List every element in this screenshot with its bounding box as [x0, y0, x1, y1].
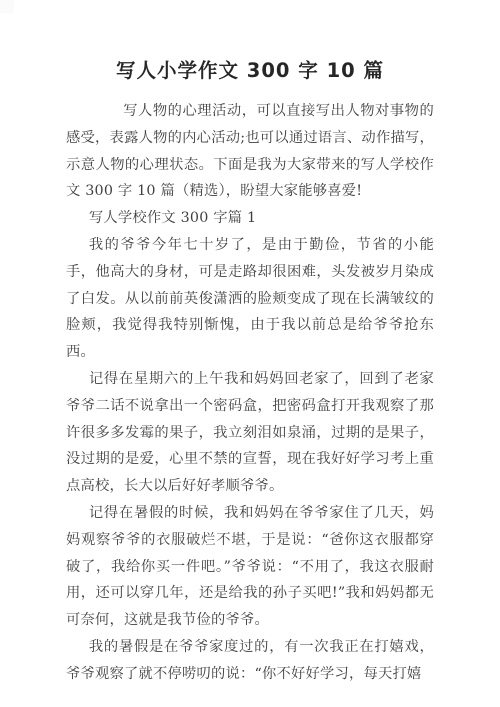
document-body: 写人物的心理活动，可以直接写出人物对事物的感受，表露人物的内心活动;也可以通过语… [0, 98, 500, 688]
paragraph: 写人物的心理活动，可以直接写出人物对事物的感受，表露人物的内心活动;也可以通过语… [66, 98, 434, 205]
paragraph: 我的爷爷今年七十岁了，是由于勤俭，节省的小能手，他高大的身材，可是走路却很困难，… [66, 232, 434, 366]
paragraph: 我的暑假是在爷爷家度过的，有一次我正在打嬉戏，爷爷观察了就不停唠叨的说：“你不好… [66, 634, 434, 688]
document-page: 写人小学作文 300 字 10 篇 写人物的心理活动，可以直接写出人物对事物的感… [0, 0, 500, 707]
document-title: 写人小学作文 300 字 10 篇 [0, 0, 500, 84]
section-heading: 写人学校作文 300 字篇 1 [66, 205, 434, 232]
paragraph: 记得在星期六的上午我和妈妈回老家了，回到了老家爷爷二话不说拿出一个密码盒，把密码… [66, 366, 434, 500]
corner-artifact [0, 0, 14, 13]
paragraph: 记得在暑假的时候，我和妈妈在爷爷家住了几天，妈妈观察爷爷的衣服破烂不堪，于是说：… [66, 500, 434, 634]
